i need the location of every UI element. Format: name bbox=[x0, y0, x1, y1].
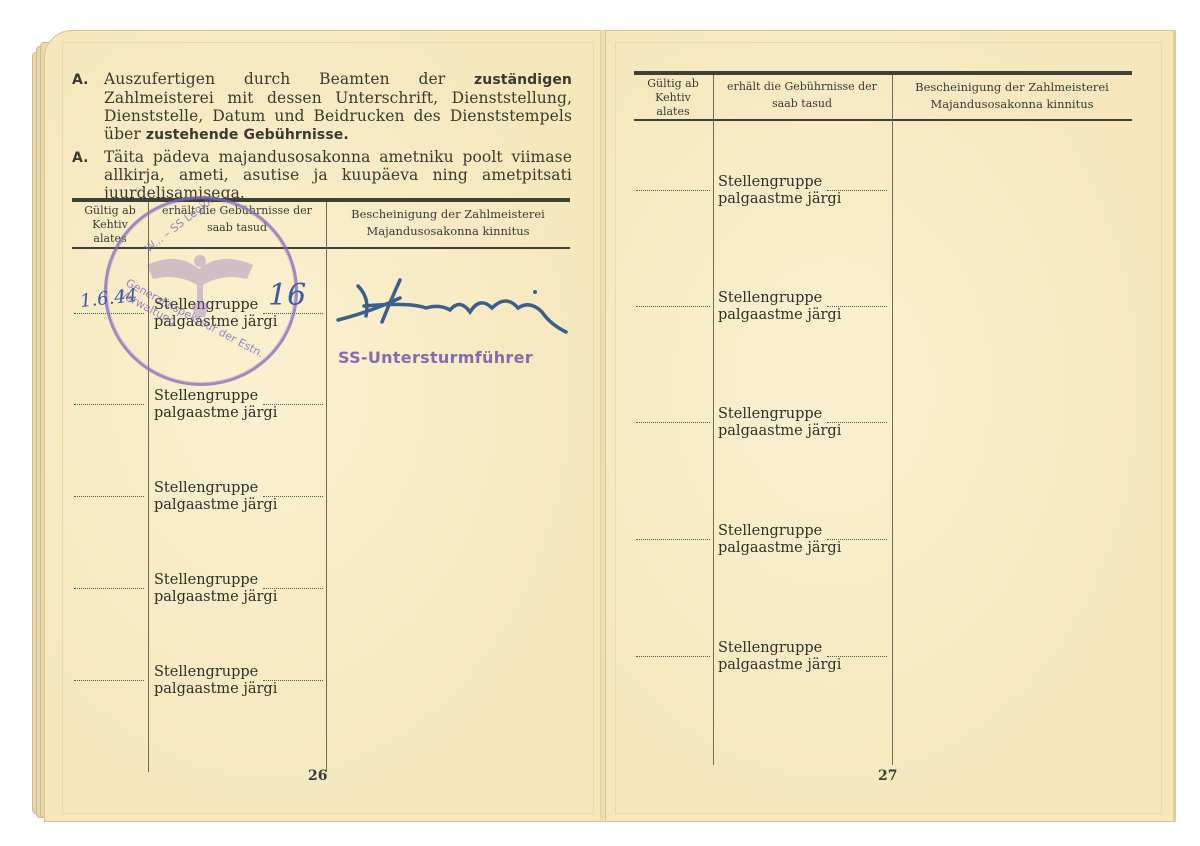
instruction-letter: A. bbox=[72, 148, 104, 202]
row-label-et: palgaastme järgi bbox=[718, 423, 841, 440]
row-label-de: Stellengruppe bbox=[718, 406, 822, 423]
page-number-right: 27 bbox=[878, 768, 897, 784]
column-divider bbox=[892, 75, 893, 765]
row-label-de: Stellengruppe bbox=[154, 572, 258, 589]
instruction-emphasis: zuständigen bbox=[474, 72, 572, 88]
instruction-estonian: A. Täita pädeva majandusosakonna ametnik… bbox=[72, 148, 572, 202]
row-label-de: Stellengruppe bbox=[718, 290, 822, 307]
open-booklet: A. Auszufertigen durch Beamten der zustä… bbox=[0, 0, 1200, 846]
instruction-german: A. Auszufertigen durch Beamten der zustä… bbox=[72, 70, 572, 144]
signature-icon bbox=[330, 268, 575, 348]
table-header-rule bbox=[634, 119, 1132, 121]
column-header-certification: Bescheinigung der Zahlmeisterei Majandus… bbox=[326, 204, 570, 238]
column-header-receives: erhält die Gebührnisse der saab tasud bbox=[712, 77, 892, 111]
column-divider bbox=[713, 75, 714, 765]
table-top-rule bbox=[634, 71, 1132, 75]
instructions-block: A. Auszufertigen durch Beamten der zustä… bbox=[72, 70, 572, 206]
row-label-et: palgaastme järgi bbox=[154, 405, 277, 422]
row-label-de: Stellengruppe bbox=[718, 523, 822, 540]
column-divider bbox=[326, 202, 327, 772]
row-label-et: palgaastme järgi bbox=[154, 497, 277, 514]
column-header-valid-from: Gültig ab Kehtiv alates bbox=[634, 77, 712, 119]
instruction-text: Täita pädeva majandusosakonna ametniku p… bbox=[104, 148, 572, 202]
row-label-de: Stellengruppe bbox=[154, 388, 258, 405]
instruction-text: Auszufertigen durch Beamten der bbox=[104, 70, 474, 88]
row-label-de: Stellengruppe bbox=[154, 664, 258, 681]
row-label-et: palgaastme järgi bbox=[154, 589, 277, 606]
row-label-de: Stellengruppe bbox=[718, 640, 822, 657]
page-number-left: 26 bbox=[308, 768, 327, 784]
row-label-et: palgaastme järgi bbox=[718, 540, 841, 557]
row-label-et: palgaastme järgi bbox=[718, 191, 841, 208]
row-label-de: Stellengruppe bbox=[154, 480, 258, 497]
row-label-et: palgaastme järgi bbox=[154, 681, 277, 698]
row-label-de: Stellengruppe bbox=[718, 174, 822, 191]
handwritten-grade: 16 bbox=[268, 278, 306, 313]
column-header-certification: Bescheinigung der Zahlmeisterei Majandus… bbox=[892, 77, 1132, 111]
instruction-letter: A. bbox=[72, 70, 104, 144]
rank-stamp: SS-Untersturmführer bbox=[338, 348, 533, 367]
row-label-et: palgaastme järgi bbox=[718, 657, 841, 674]
instruction-emphasis: zustehende Gebührnisse. bbox=[146, 127, 349, 143]
right-pay-table: Gültig ab Kehtiv alates erhält die Gebüh… bbox=[634, 71, 1132, 771]
row-label-et: palgaastme järgi bbox=[718, 307, 841, 324]
